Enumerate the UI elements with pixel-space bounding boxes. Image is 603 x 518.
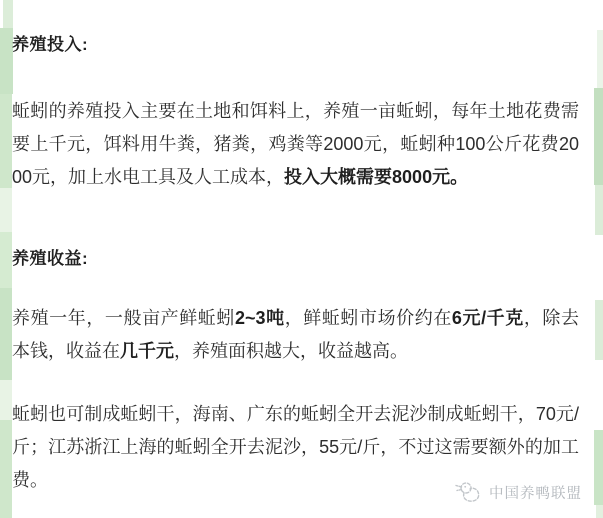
text-run: 蚯蚓也可制成蚯蚓干，海南、广东的蚯蚓全开去泥沙制成蚯蚓干，70元/斤；江苏浙江上… (12, 404, 579, 490)
section-heading-investment: 养殖投入: (12, 30, 88, 55)
right-edge-segment (595, 185, 603, 235)
left-edge-segment (0, 232, 12, 288)
left-edge-segment (0, 94, 12, 188)
paragraph-income-detail: 养殖一年，一般亩产鲜蚯蚓2~3吨，鲜蚯蚓市场价约在6元/千克，除去本钱，收益在几… (12, 302, 579, 368)
left-edge-segment (0, 380, 12, 420)
right-edge-segment (596, 505, 603, 518)
section-heading-income: 养殖收益: (12, 244, 88, 269)
text-run-bold: 投入大概需要8000元。 (284, 167, 468, 187)
text-run: ，养殖面积越大，收益越高。 (174, 341, 408, 361)
left-edge-segment (3, 0, 13, 28)
paragraph-investment-detail: 蚯蚓的养殖投入主要在土地和饵料上，养殖一亩蚯蚓，每年土地花费需要上千元，饵料用牛… (12, 95, 579, 194)
left-edge-segment (0, 420, 12, 518)
duck-icon (452, 480, 484, 504)
right-edge-segment (595, 300, 603, 360)
watermark-label: 中国养鸭联盟 (489, 482, 582, 503)
left-edge-segment (0, 188, 12, 232)
text-run-bold: 6元/千克 (452, 308, 524, 328)
text-run: 养殖一年，一般亩产鲜蚯蚓 (12, 308, 235, 328)
right-edge-segment (597, 30, 603, 88)
article-page: 养殖投入: 蚯蚓的养殖投入主要在土地和饵料上，养殖一亩蚯蚓，每年土地花费需要上千… (0, 0, 603, 518)
watermark: 中国养鸭联盟 (452, 480, 582, 504)
text-run: ，鲜蚯蚓市场价约在 (285, 308, 452, 328)
text-run-bold: 几千元 (120, 341, 174, 361)
right-edge-segment (594, 430, 603, 505)
left-edge-segment (0, 288, 12, 380)
text-run-bold: 2~3吨 (235, 308, 285, 328)
right-edge-segment (594, 88, 603, 185)
